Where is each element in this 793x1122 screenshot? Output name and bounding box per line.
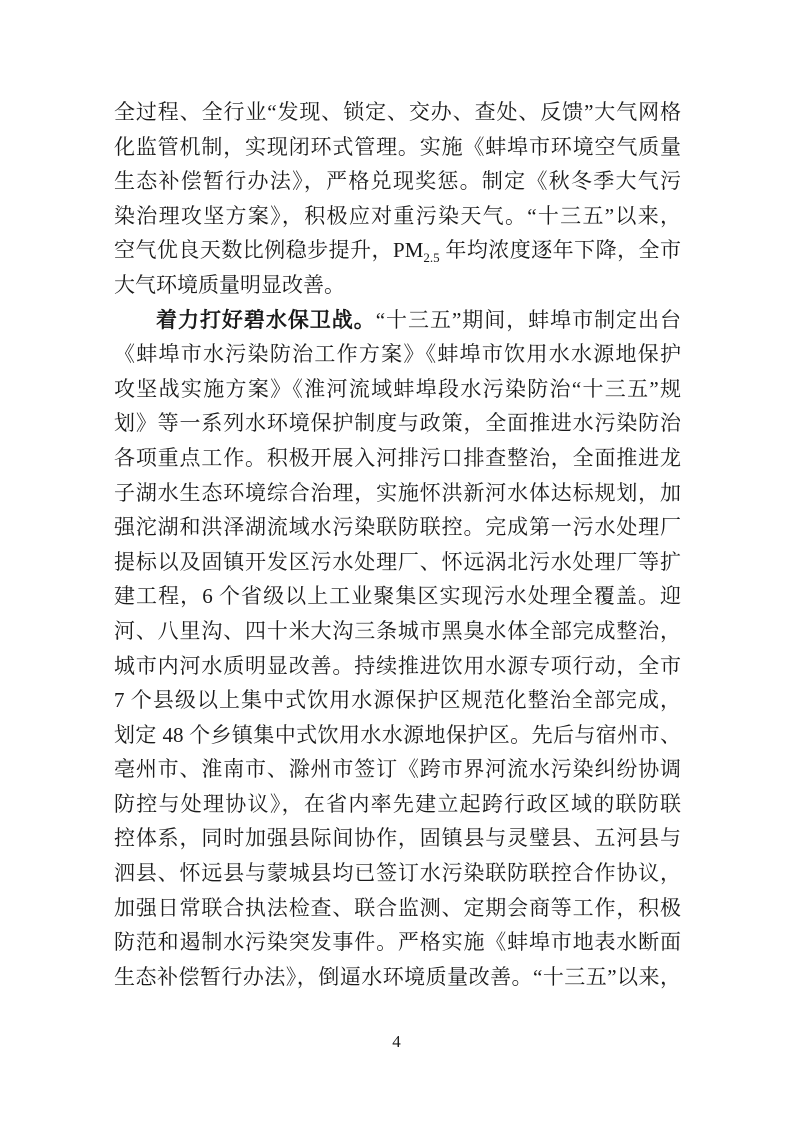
text-line: 着力打好碧水保卫战。“十三五”期间，蚌埠市制定出台 — [114, 303, 681, 338]
text-segment: 染治理攻坚方案》，积极应对重污染天气。“十三五”以来， — [114, 204, 681, 228]
text-line: 提标以及固镇开发区污水处理厂、怀远涡北污水处理厂等扩 — [114, 545, 681, 580]
text-line: 泗县、怀远县与蒙城县均已签订水污染联防联控合作协议， — [114, 856, 681, 891]
text-line: 全过程、全行业“发现、锁定、交办、查处、反馈”大气网格 — [114, 95, 681, 130]
text-segment: 子湖水生态环境综合治理，实施怀洪新河水体达标规划，加 — [114, 481, 681, 505]
text-line: 染治理攻坚方案》，积极应对重污染天气。“十三五”以来， — [114, 199, 681, 234]
text-segment: 防控与处理协议》，在省内率先建立起跨行政区域的联防联 — [114, 792, 681, 816]
text-line: 子湖水生态环境综合治理，实施怀洪新河水体达标规划，加 — [114, 476, 681, 511]
text-line: 各项重点工作。积极开展入河排污口排查整治，全面推进龙 — [114, 441, 681, 476]
text-segment: 控体系，同时加强县际间协作，固镇县与灵璧县、五河县与 — [114, 826, 681, 850]
text-line: 加强日常联合执法检查、联合监测、定期会商等工作，积极 — [114, 891, 681, 926]
paragraph-air-pollution: 全过程、全行业“发现、锁定、交办、查处、反馈”大气网格化监管机制，实现闭环式管理… — [114, 95, 681, 303]
text-line: 防范和遏制水污染突发事件。严格实施《蚌埠市地表水断面 — [114, 925, 681, 960]
text-line: 城市内河水质明显改善。持续推进饮用水源专项行动，全市 — [114, 649, 681, 684]
text-line: 生态补偿暂行办法》，严格兑现奖惩。制定《秋冬季大气污 — [114, 164, 681, 199]
document-body: 全过程、全行业“发现、锁定、交办、查处、反馈”大气网格化监管机制，实现闭环式管理… — [114, 95, 681, 994]
text-segment: 强沱湖和洪泽湖流域水污染联防联控。完成第一污水处理厂 — [114, 515, 681, 539]
text-line: 划》等一系列水环境保护制度与政策，全面推进水污染防治 — [114, 406, 681, 441]
text-segment: 7 个县级以上集中式饮用水源保护区规范化整治全部完成， — [114, 688, 681, 712]
document-page: 全过程、全行业“发现、锁定、交办、查处、反馈”大气网格化监管机制，实现闭环式管理… — [0, 0, 793, 1122]
text-segment: 大气环境质量明显改善。 — [114, 273, 345, 297]
text-segment: 《蚌埠市水污染防治工作方案》《蚌埠市饮用水水源地保护 — [114, 342, 681, 366]
text-line: 强沱湖和洪泽湖流域水污染联防联控。完成第一污水处理厂 — [114, 510, 681, 545]
text-line: 控体系，同时加强县际间协作，固镇县与灵璧县、五河县与 — [114, 821, 681, 856]
text-segment: 化监管机制，实现闭环式管理。实施《蚌埠市环境空气质量 — [114, 135, 681, 159]
text-segment: 划定 48 个乡镇集中式饮用水水源地保护区。先后与宿州市、 — [114, 723, 681, 747]
text-line: 建工程，6 个省级以上工业聚集区实现污水处理全覆盖。迎 — [114, 579, 681, 614]
text-line: 生态补偿暂行办法》，倒逼水环境质量改善。“十三五”以来， — [114, 960, 681, 995]
text-segment: 泗县、怀远县与蒙城县均已签订水污染联防联控合作协议， — [114, 861, 681, 885]
text-segment: “十三五”期间，蚌埠市制定出台 — [376, 308, 681, 332]
text-segment: 城市内河水质明显改善。持续推进饮用水源专项行动，全市 — [114, 654, 681, 678]
text-segment: 河、八里沟、四十米大沟三条城市黑臭水体全部完成整治， — [114, 619, 681, 643]
text-line: 化监管机制，实现闭环式管理。实施《蚌埠市环境空气质量 — [114, 130, 681, 165]
text-segment: 各项重点工作。积极开展入河排污口排查整治，全面推进龙 — [114, 446, 681, 470]
text-line: 《蚌埠市水污染防治工作方案》《蚌埠市饮用水水源地保护 — [114, 337, 681, 372]
text-line: 7 个县级以上集中式饮用水源保护区规范化整治全部完成， — [114, 683, 681, 718]
text-segment: 年均浓度逐年下降，全市 — [440, 238, 681, 262]
text-segment: 防范和遏制水污染突发事件。严格实施《蚌埠市地表水断面 — [114, 930, 681, 954]
text-segment: 空气优良天数比例稳步提升，PM — [114, 238, 423, 262]
text-segment: 亳州市、淮南市、滁州市签订《跨市界河流水污染纠纷协调 — [114, 757, 681, 781]
paragraph-water-pollution: 着力打好碧水保卫战。“十三五”期间，蚌埠市制定出台《蚌埠市水污染防治工作方案》《… — [114, 303, 681, 995]
text-segment: 提标以及固镇开发区污水处理厂、怀远涡北污水处理厂等扩 — [114, 550, 681, 574]
text-line: 空气优良天数比例稳步提升，PM2.5 年均浓度逐年下降，全市 — [114, 233, 681, 268]
bold-segment: 着力打好碧水保卫战。 — [156, 308, 376, 332]
text-segment: 划》等一系列水环境保护制度与政策，全面推进水污染防治 — [114, 411, 681, 435]
text-line: 河、八里沟、四十米大沟三条城市黑臭水体全部完成整治， — [114, 614, 681, 649]
text-segment: 攻坚战实施方案》《淮河流域蚌埠段水污染防治“十三五”规 — [114, 377, 681, 401]
text-line: 大气环境质量明显改善。 — [114, 268, 681, 303]
text-segment: 生态补偿暂行办法》，严格兑现奖惩。制定《秋冬季大气污 — [114, 169, 681, 193]
page-number: 4 — [0, 1031, 793, 1053]
text-line: 防控与处理协议》，在省内率先建立起跨行政区域的联防联 — [114, 787, 681, 822]
subscript-segment: 2.5 — [423, 251, 439, 266]
text-line: 攻坚战实施方案》《淮河流域蚌埠段水污染防治“十三五”规 — [114, 372, 681, 407]
text-segment: 全过程、全行业“发现、锁定、交办、查处、反馈”大气网格 — [114, 100, 681, 124]
text-segment: 生态补偿暂行办法》，倒逼水环境质量改善。“十三五”以来， — [114, 965, 681, 989]
text-line: 划定 48 个乡镇集中式饮用水水源地保护区。先后与宿州市、 — [114, 718, 681, 753]
text-line: 亳州市、淮南市、滁州市签订《跨市界河流水污染纠纷协调 — [114, 752, 681, 787]
text-segment: 加强日常联合执法检查、联合监测、定期会商等工作，积极 — [114, 896, 681, 920]
text-segment: 建工程，6 个省级以上工业聚集区实现污水处理全覆盖。迎 — [114, 584, 681, 608]
